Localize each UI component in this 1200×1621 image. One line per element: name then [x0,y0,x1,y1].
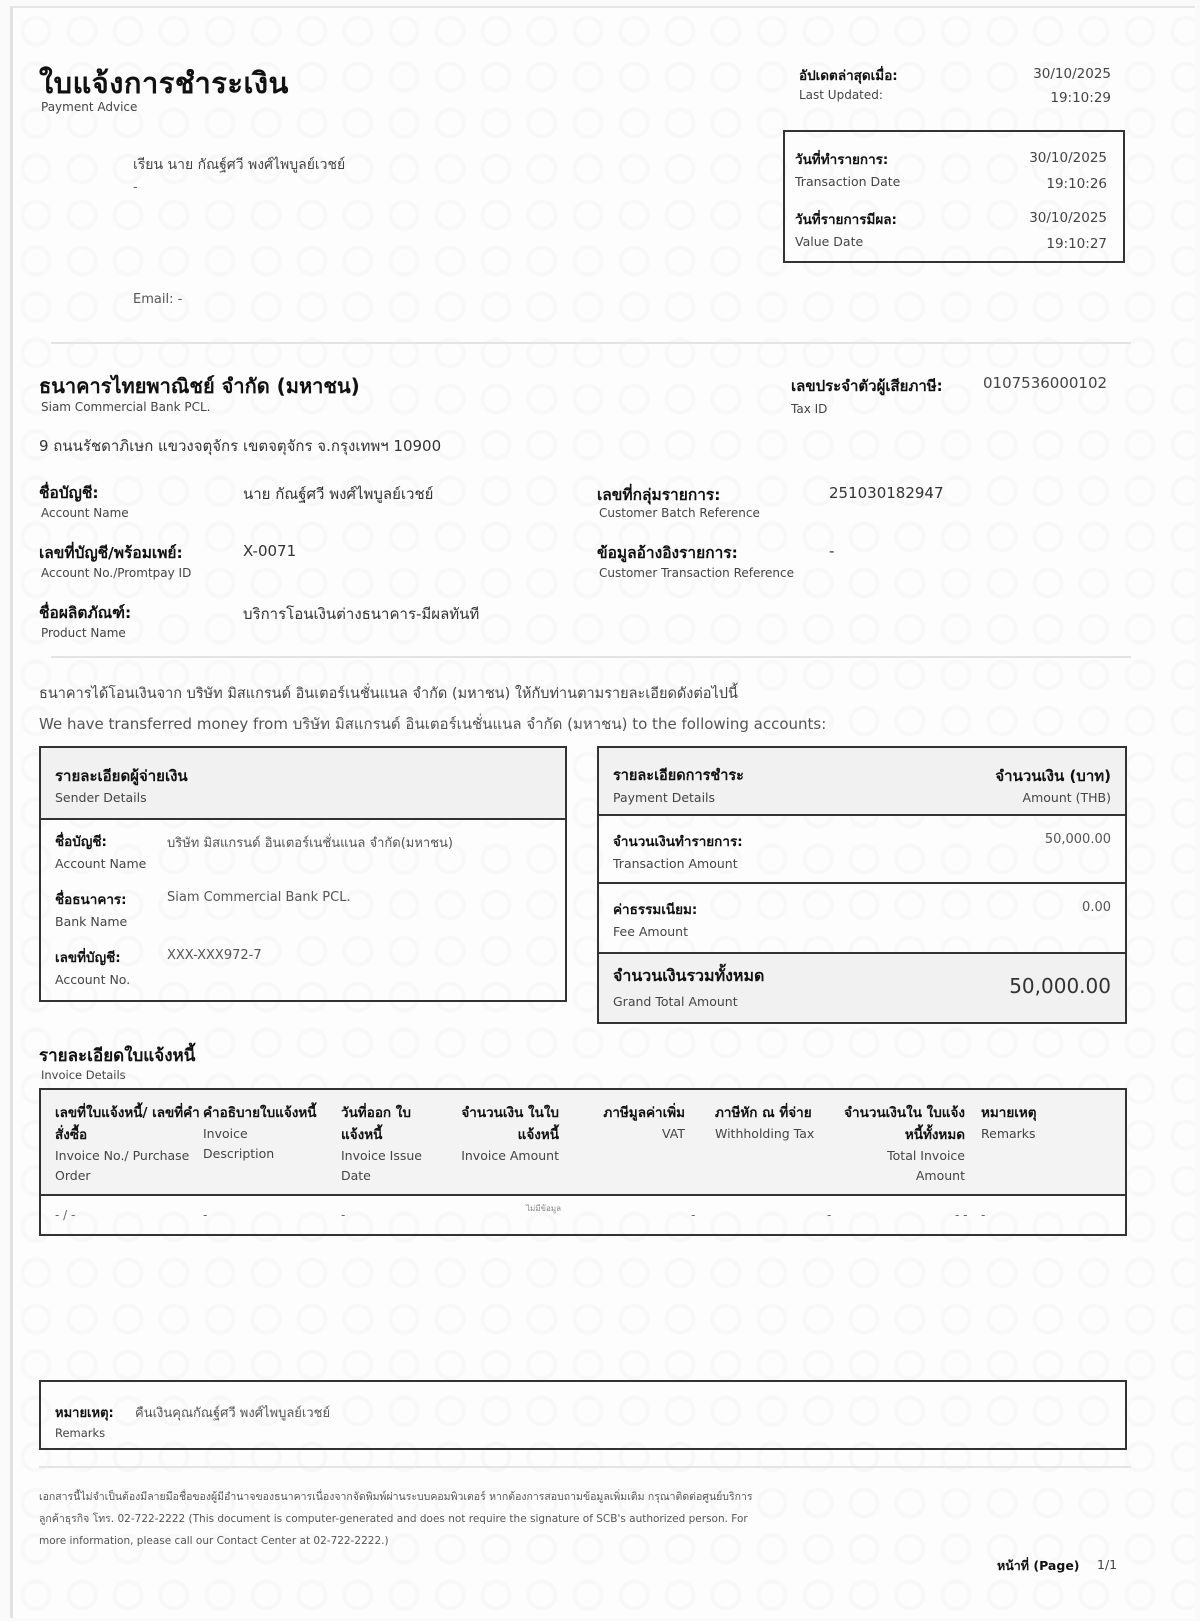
invoice-amount-cell: ไม่มีข้อมูล [481,1202,561,1215]
column-header-en: Total Invoice Amount [841,1146,965,1186]
footer-line-2: ลูกค้าธุรกิจ โทร. 02-722-2222 (This docu… [39,1508,859,1530]
tax-id-label-en: Tax ID [791,402,827,416]
column-header-th: วันที่ออก ใบแจ้งหนี้ [341,1102,431,1146]
fee-amount-label-en: Fee Amount [613,924,688,939]
grand-total-label-en: Grand Total Amount [613,994,738,1009]
column-header-en: Invoice Amount [441,1146,559,1166]
bank-name-en: Siam Commercial Bank PCL. [41,400,210,414]
sender-bank-name-label-th: ชื่อธนาคาร: [55,888,127,910]
remarks-label-en: Remarks [55,1426,105,1440]
account-no-label-en: Account No./Promtpay ID [41,566,191,580]
remarks-cell: - [981,1208,985,1222]
transaction-ref-label-en: Customer Transaction Reference [599,566,794,580]
page-number-value: 1/1 [1097,1557,1117,1572]
divider [51,656,1131,658]
column-header-en: VAT [569,1124,685,1144]
footer-line-1: เอกสารนี้ไม่จำเป็นต้องมีลายมือชื่อของผู้… [39,1486,859,1508]
column-header-remarks: หมายเหตุ Remarks [981,1102,1061,1144]
page-number-label: หน้าที่ (Page) [997,1556,1080,1576]
payment-details-title-th: รายละเอียดการชำระ [613,764,744,787]
product-name-label-th: ชื่อผลิตภัณฑ์: [39,600,131,625]
transaction-amount-label-en: Transaction Amount [613,856,738,871]
recipient-address: - [133,180,138,195]
transaction-amount-label-th: จำนวนเงินทำรายการ: [613,830,743,852]
column-header-invoice-amount: จำนวนเงิน ในใบแจ้งหนี้ Invoice Amount [441,1102,559,1166]
column-header-th: คำอธิบายใบแจ้งหนี้ [203,1102,333,1124]
column-header-invoice-no: เลขที่ใบแจ้งหนี้/ เลขที่คำสั่งซื้อ Invoi… [55,1102,205,1186]
transaction-time: 19:10:26 [1046,176,1107,192]
product-name-label-en: Product Name [41,626,126,640]
sender-details-title-en: Sender Details [55,790,147,805]
column-header-en: Withholding Tax [715,1124,845,1144]
sender-account-no-value: XXX-XXX972-7 [167,948,262,963]
column-header-th: จำนวนเงินใน ใบแจ้งหนี้ทั้งหมด [841,1102,965,1146]
column-header-en: Remarks [981,1124,1061,1144]
column-header-th: เลขที่ใบแจ้งหนี้/ เลขที่คำสั่งซื้อ [55,1102,205,1146]
value-date-label-th: วันที่รายการมีผล: [795,208,897,230]
account-name-value: นาย กัณฐ์ศวี พงศ์ไพบูลย์เวชย์ [243,482,433,506]
invoice-details-title-th: รายละเอียดใบแจ้งหนี้ [39,1042,195,1069]
sender-details-box: รายละเอียดผู้จ่ายเงิน Sender Details ชื่… [39,746,567,1002]
column-header-th: หมายเหตุ [981,1102,1061,1124]
bank-name-th: ธนาคารไทยพาณิชย์ จำกัด (มหาชน) [39,370,360,402]
last-updated-time: 19:10:29 [993,90,1111,106]
sender-details-title-th: รายละเอียดผู้จ่ายเงิน [55,764,188,788]
remarks-label-th: หมายเหตุ: [55,1402,114,1423]
grand-total-value: 50,000.00 [1009,974,1111,998]
sender-account-name-value: บริษัท มิสแกรนด์ อินเตอร์เนชั่นแนล จำกัด… [167,832,453,853]
fee-amount-value: 0.00 [1082,900,1111,915]
product-name-value: บริการโอนเงินต่างธนาคาร-มีผลทันที [243,602,479,626]
transaction-date: 30/10/2025 [1029,150,1107,166]
grand-total-row: จำนวนเงินรวมทั้งหมด Grand Total Amount 5… [599,954,1125,1022]
divider [39,1466,1131,1468]
column-header-description: คำอธิบายใบแจ้งหนี้ Invoice Description [203,1102,333,1164]
recipient-salutation: เรียน นาย กัณฐ์ศวี พงศ์ไพบูลย์เวชย์ [133,154,345,176]
tax-id-label-th: เลขประจำตัวผู้เสียภาษี: [791,374,943,398]
batch-ref-value: 251030182947 [829,484,944,502]
last-updated-date: 30/10/2025 [993,66,1111,82]
recipient-email: Email: - [133,292,182,307]
grand-total-label-th: จำนวนเงินรวมทั้งหมด [613,964,764,989]
invoice-issue-date-cell: - [341,1208,345,1222]
last-updated-label-en: Last Updated: [799,88,883,102]
dates-box: วันที่ทำรายการ: Transaction Date 30/10/2… [783,130,1125,263]
transaction-ref-label-th: ข้อมูลอ้างอิงรายการ: [597,540,738,565]
fee-amount-row: ค่าธรรมเนียม: Fee Amount 0.00 [599,884,1125,954]
transaction-date-label-en: Transaction Date [795,174,900,189]
sender-account-name-label-th: ชื่อบัญชี: [55,830,107,852]
fee-amount-label-th: ค่าธรรมเนียม: [613,898,697,920]
column-header-en: Invoice No./ Purchase Order [55,1146,205,1186]
value-time: 19:10:27 [1046,236,1107,252]
transaction-amount-value: 50,000.00 [1045,832,1111,847]
batch-ref-label-en: Customer Batch Reference [599,506,760,520]
column-header-issue-date: วันที่ออก ใบแจ้งหนี้ Invoice Issue Date [341,1102,431,1186]
amount-column-title-th: จำนวนเงิน (บาท) [995,764,1111,788]
invoice-details-title-en: Invoice Details [41,1068,126,1082]
column-header-total-invoice: จำนวนเงินใน ใบแจ้งหนี้ทั้งหมด Total Invo… [841,1102,965,1186]
last-updated-label-th: อัปเดตล่าสุดเมื่อ: [799,64,898,86]
value-date-label-en: Value Date [795,234,863,249]
transfer-notice-th: ธนาคารได้โอนเงินจาก บริษัท มิสแกรนด์ อิน… [39,682,738,705]
sender-account-no-label-en: Account No. [55,972,130,987]
invoice-no-cell: - / - [55,1208,75,1222]
transfer-notice-en: We have transferred money from บริษัท มิ… [39,712,826,736]
column-header-withholding-tax: ภาษีหัก ณ ที่จ่าย Withholding Tax [715,1102,845,1144]
footer-disclaimer: เอกสารนี้ไม่จำเป็นต้องมีลายมือชื่อของผู้… [39,1486,859,1552]
column-header-en: Invoice Description [203,1124,283,1164]
amount-column-title-en: Amount (THB) [1023,790,1111,805]
payment-details-title-en: Payment Details [613,790,715,805]
table-row: - / - - - ไม่มีข้อมูล - - - - - [41,1196,1125,1236]
invoice-description-cell: - [203,1208,207,1222]
withholding-tax-cell: - [827,1208,831,1222]
account-no-value: X-0071 [243,542,296,560]
payment-details-header: รายละเอียดการชำระ Payment Details จำนวนเ… [599,748,1125,816]
transaction-ref-value: - [829,542,834,560]
remarks-value: คืนเงินคุณกัณฐ์ศวี พงศ์ไพบูลย์เวชย์ [135,1402,330,1423]
sender-details-header: รายละเอียดผู้จ่ายเงิน Sender Details [41,748,565,820]
total-invoice-cell: - - [955,1208,967,1222]
page-subtitle: Payment Advice [41,100,137,114]
column-header-th: ภาษีหัก ณ ที่จ่าย [715,1102,845,1124]
invoice-table: เลขที่ใบแจ้งหนี้/ เลขที่คำสั่งซื้อ Invoi… [39,1088,1127,1236]
account-name-label-th: ชื่อบัญชี: [39,480,99,505]
invoice-table-header: เลขที่ใบแจ้งหนี้/ เลขที่คำสั่งซื้อ Invoi… [41,1090,1125,1196]
sender-bank-name-value: Siam Commercial Bank PCL. [167,890,351,905]
transaction-amount-row: จำนวนเงินทำรายการ: Transaction Amount 50… [599,816,1125,884]
account-name-label-en: Account Name [41,506,129,520]
divider [51,342,1131,344]
column-header-vat: ภาษีมูลค่าเพิ่ม VAT [569,1102,685,1144]
remarks-box: หมายเหตุ: Remarks คืนเงินคุณกัณฐ์ศวี พงศ… [39,1380,1127,1450]
tax-id-value: 0107536000102 [983,374,1107,392]
vat-cell: - [691,1208,695,1222]
sender-bank-name-label-en: Bank Name [55,914,127,929]
bank-address: 9 ถนนรัชดาภิเษก แขวงจตุจักร เขตจตุจักร จ… [39,434,441,458]
value-date: 30/10/2025 [1029,210,1107,226]
batch-ref-label-th: เลขที่กลุ่มรายการ: [597,482,720,507]
column-header-th: จำนวนเงิน ในใบแจ้งหนี้ [441,1102,559,1146]
transaction-date-label-th: วันที่ทำรายการ: [795,148,888,170]
footer-line-3: more information, please call our Contac… [39,1530,859,1552]
payment-advice-page: ใบแจ้งการชำระเงิน Payment Advice อัปเดตล… [10,6,1195,1618]
column-header-en: Invoice Issue Date [341,1146,431,1186]
sender-account-name-label-en: Account Name [55,856,146,871]
sender-account-no-label-th: เลขที่บัญชี: [55,946,121,968]
column-header-th: ภาษีมูลค่าเพิ่ม [569,1102,685,1124]
account-no-label-th: เลขที่บัญชี/พร้อมเพย์: [39,540,183,565]
payment-details-box: รายละเอียดการชำระ Payment Details จำนวนเ… [597,746,1127,1024]
